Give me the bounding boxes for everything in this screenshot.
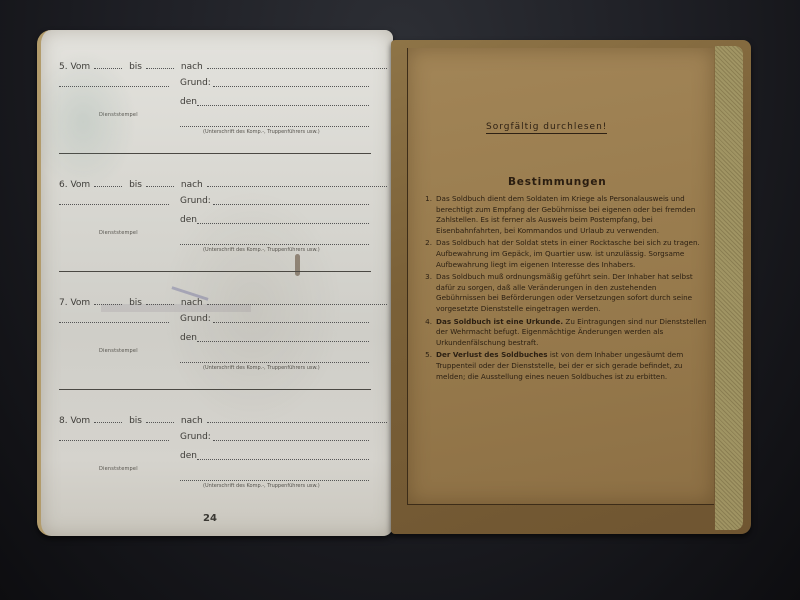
signature-label: (Unterschrift des Komp.-, Truppenführers… xyxy=(203,483,320,489)
den-field[interactable] xyxy=(197,223,369,224)
von-label: Vom xyxy=(70,298,90,308)
nach-label: nach xyxy=(181,180,203,190)
grund-prefix-line[interactable] xyxy=(59,322,169,323)
den-label: den xyxy=(180,215,197,225)
grund-label: Grund: xyxy=(180,314,211,324)
regulation-item: 1. Das Soldbuch dient dem Soldaten im Kr… xyxy=(418,194,708,236)
nach-label: nach xyxy=(181,298,203,308)
grund-field[interactable] xyxy=(213,86,369,87)
von-field[interactable] xyxy=(94,186,122,187)
grund-prefix-line[interactable] xyxy=(59,440,169,441)
regulation-number: 4. xyxy=(418,317,436,349)
signature-field[interactable] xyxy=(180,480,369,481)
entry-divider xyxy=(59,389,371,390)
signature-label: (Unterschrift des Komp.-, Truppenführers… xyxy=(203,129,320,135)
nach-label: nach xyxy=(181,416,203,426)
stamp-label: Dienststempel xyxy=(99,466,138,472)
page-number: 24 xyxy=(203,513,217,524)
bis-label: bis xyxy=(129,62,142,72)
regulation-bold-text: Das Soldbuch ist eine Urkunde. xyxy=(436,317,563,326)
den-field[interactable] xyxy=(197,105,369,106)
regulation-text: Das Soldbuch dient dem Soldaten im Krieg… xyxy=(436,194,695,235)
regulation-text: Das Soldbuch muß ordnungsmäßig geführt s… xyxy=(436,272,693,313)
bis-field[interactable] xyxy=(146,422,174,423)
nach-field[interactable] xyxy=(207,186,387,187)
entry-divider xyxy=(59,271,371,272)
von-field[interactable] xyxy=(94,422,122,423)
regulation-bold-text: Der Verlust des Soldbuches xyxy=(436,350,548,359)
den-label: den xyxy=(180,333,197,343)
bis-field[interactable] xyxy=(146,304,174,305)
read-carefully-heading: Sorgfältig durchlesen! xyxy=(486,122,607,134)
grund-label: Grund: xyxy=(180,432,211,442)
entry-number: 6. xyxy=(59,180,68,190)
entry-number: 7. xyxy=(59,298,68,308)
von-label: Vom xyxy=(70,62,90,72)
nach-field[interactable] xyxy=(207,68,387,69)
bis-label: bis xyxy=(129,298,142,308)
stamp-label: Dienststempel xyxy=(99,112,138,118)
grund-prefix-line[interactable] xyxy=(59,204,169,205)
regulation-number: 5. xyxy=(418,350,436,382)
leave-entry-5: 5. Vom bis nach Grund: den Dienststempel… xyxy=(41,40,393,158)
entry-divider xyxy=(59,153,371,154)
bis-field[interactable] xyxy=(146,68,174,69)
von-field[interactable] xyxy=(94,68,122,69)
nach-field[interactable] xyxy=(207,422,387,423)
regulation-number: 3. xyxy=(418,272,436,314)
cloth-spine xyxy=(715,46,743,530)
regulation-number: 1. xyxy=(418,194,436,236)
entry-number: 5. xyxy=(59,62,68,72)
leave-entry-8: 8. Vom bis nach Grund: den Dienststempel… xyxy=(41,394,393,512)
regulation-text: Das Soldbuch hat der Soldat stets in ein… xyxy=(436,238,700,268)
den-field[interactable] xyxy=(197,459,369,460)
signature-field[interactable] xyxy=(180,362,369,363)
von-label: Vom xyxy=(70,180,90,190)
regulations-list: 1. Das Soldbuch dient dem Soldaten im Kr… xyxy=(418,194,708,384)
bis-label: bis xyxy=(129,416,142,426)
nach-field[interactable] xyxy=(207,304,387,305)
regulation-item: 3. Das Soldbuch muß ordnungsmäßig geführ… xyxy=(418,272,708,314)
grund-prefix-line[interactable] xyxy=(59,86,169,87)
grund-label: Grund: xyxy=(180,78,211,88)
den-field[interactable] xyxy=(197,341,369,342)
bis-label: bis xyxy=(129,180,142,190)
signature-field[interactable] xyxy=(180,244,369,245)
leave-entry-6: 6. Vom bis nach Grund: den Dienststempel… xyxy=(41,158,393,276)
soldbuch-booklet: 5. Vom bis nach Grund: den Dienststempel… xyxy=(0,0,800,600)
regulation-item: 4. Das Soldbuch ist eine Urkunde. Zu Ein… xyxy=(418,317,708,349)
nach-label: nach xyxy=(181,62,203,72)
regulations-title: Bestimmungen xyxy=(508,176,607,188)
signature-label: (Unterschrift des Komp.-, Truppenführers… xyxy=(203,365,320,371)
stamp-label: Dienststempel xyxy=(99,230,138,236)
bis-field[interactable] xyxy=(146,186,174,187)
den-label: den xyxy=(180,97,197,107)
von-label: Vom xyxy=(70,416,90,426)
regulation-item: 5. Der Verlust des Soldbuches ist von de… xyxy=(418,350,708,382)
regulation-item: 2. Das Soldbuch hat der Soldat stets in … xyxy=(418,238,708,270)
entry-number: 8. xyxy=(59,416,68,426)
stamp-label: Dienststempel xyxy=(99,348,138,354)
grund-label: Grund: xyxy=(180,196,211,206)
grund-field[interactable] xyxy=(213,440,369,441)
von-field[interactable] xyxy=(94,304,122,305)
grund-field[interactable] xyxy=(213,204,369,205)
signature-field[interactable] xyxy=(180,126,369,127)
left-page: 5. Vom bis nach Grund: den Dienststempel… xyxy=(37,30,393,536)
right-page: Sorgfältig durchlesen! Bestimmungen 1. D… xyxy=(407,48,714,505)
regulation-number: 2. xyxy=(418,238,436,270)
grund-field[interactable] xyxy=(213,322,369,323)
signature-label: (Unterschrift des Komp.-, Truppenführers… xyxy=(203,247,320,253)
den-label: den xyxy=(180,451,197,461)
leave-entry-7: 7. Vom bis nach Grund: den Dienststempel… xyxy=(41,276,393,394)
